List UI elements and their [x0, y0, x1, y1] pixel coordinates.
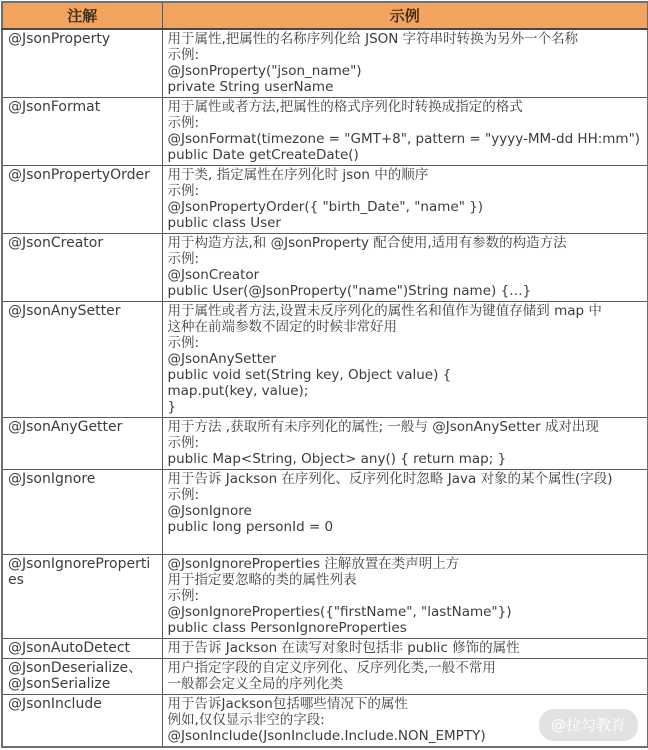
- table-row: @JsonDeserialize、@JsonSerialize用户指定字段的自定…: [2, 659, 648, 695]
- example-line: public class PersonIgnoreProperties: [168, 620, 643, 636]
- table-row: @JsonIgnore用于告诉 Jackson 在序列化、反序列化时忽略 Jav…: [2, 470, 648, 555]
- annotation-cell: @JsonPropertyOrder: [2, 166, 162, 234]
- annotation-line: @JsonAutoDetect: [8, 640, 157, 656]
- example-line: @JsonAnySetter: [168, 351, 643, 367]
- example-line: 用于构造方法,和 @JsonProperty 配合使用,适用有参数的构造方法: [168, 235, 643, 251]
- example-line: 例如,仅仅显示非空的字段:: [168, 712, 643, 728]
- example-line: @JsonIgnoreProperties({"firstName", "las…: [168, 604, 643, 620]
- example-line: 一般都会定义全局的序列化类: [168, 676, 643, 692]
- annotation-line: @JsonAnyGetter: [8, 419, 157, 435]
- table-row: @JsonFormat用于属性或者方法,把属性的格式序列化时转换成指定的格式示例…: [2, 98, 648, 166]
- example-line: 用于告诉 Jackson 在序列化、反序列化时忽略 Java 对象的某个属性(字…: [168, 471, 643, 487]
- annotation-line: @JsonSerialize: [8, 676, 157, 692]
- annotation-cell: @JsonInclude: [2, 695, 162, 748]
- table-header-row: 注解 示例: [2, 2, 648, 29]
- example-cell: @JsonIgnoreProperties 注解放置在类声明上方用于指定要忽略的…: [162, 555, 648, 639]
- example-line: public Date getCreateDate(): [168, 147, 643, 163]
- example-line: 用于告诉 Jackson 在读写对象时包括非 public 修饰的属性: [168, 640, 643, 656]
- annotation-line: @JsonProperty: [8, 31, 157, 47]
- annotation-cell: @JsonDeserialize、@JsonSerialize: [2, 659, 162, 695]
- example-line: @JsonCreator: [168, 267, 643, 283]
- annotation-line: @JsonIgnoreProperties: [8, 556, 157, 588]
- example-line: @JsonProperty("json_name"): [168, 63, 643, 79]
- annotation-line: @JsonInclude: [8, 696, 157, 712]
- annotation-line: @JsonPropertyOrder: [8, 167, 157, 183]
- example-line: 用户指定字段的自定义序列化、反序列化类,一般不常用: [168, 660, 643, 676]
- annotation-cell: @JsonIgnore: [2, 470, 162, 555]
- annotation-line: @JsonDeserialize、: [8, 660, 157, 676]
- example-line: 这种在前端参数不固定的时候非常好用: [168, 319, 643, 335]
- example-line: 用于属性或者方法,设置未反序列化的属性名和值作为键值存储到 map 中: [168, 303, 643, 319]
- example-line: public class User: [168, 215, 643, 231]
- example-line: 用于类, 指定属性在序列化时 json 中的顺序: [168, 167, 643, 183]
- table-row: @JsonAnySetter用于属性或者方法,设置未反序列化的属性名和值作为键值…: [2, 302, 648, 418]
- table-row: @JsonPropertyOrder用于类, 指定属性在序列化时 json 中的…: [2, 166, 648, 234]
- annotation-cell: @JsonIgnoreProperties: [2, 555, 162, 639]
- example-line: 示例:: [168, 47, 643, 63]
- example-cell: 用于构造方法,和 @JsonProperty 配合使用,适用有参数的构造方法示例…: [162, 234, 648, 302]
- example-cell: 用于属性或者方法,把属性的格式序列化时转换成指定的格式示例:@JsonForma…: [162, 98, 648, 166]
- example-line: 示例:: [168, 435, 643, 451]
- annotation-line: @JsonIgnore: [8, 471, 157, 487]
- example-line: 示例:: [168, 251, 643, 267]
- example-line: public long personId = 0: [168, 519, 643, 535]
- example-line: 用于属性或者方法,把属性的格式序列化时转换成指定的格式: [168, 99, 643, 115]
- annotation-line: @JsonAnySetter: [8, 303, 157, 319]
- example-cell: 用于类, 指定属性在序列化时 json 中的顺序示例:@JsonProperty…: [162, 166, 648, 234]
- example-cell: 用于告诉 Jackson 在序列化、反序列化时忽略 Java 对象的某个属性(字…: [162, 470, 648, 555]
- example-line: @JsonIgnore: [168, 503, 643, 519]
- example-line: 用于属性,把属性的名称序列化给 JSON 字符串时转换为另外一个名称: [168, 31, 643, 47]
- annotation-cell: @JsonAutoDetect: [2, 639, 162, 659]
- example-line: @JsonIgnoreProperties 注解放置在类声明上方: [168, 556, 643, 572]
- table-row: @JsonAnyGetter用于方法 ,获取所有未序列化的属性; 一般与 @Js…: [2, 418, 648, 470]
- example-line: @JsonInclude(JsonInclude.Include.NON_EMP…: [168, 728, 643, 744]
- table-row: @JsonAutoDetect用于告诉 Jackson 在读写对象时包括非 pu…: [2, 639, 648, 659]
- annotation-cell: @JsonAnyGetter: [2, 418, 162, 470]
- annotation-cell: @JsonAnySetter: [2, 302, 162, 418]
- example-line: 用于指定要忽略的类的属性列表: [168, 572, 643, 588]
- example-line: 示例:: [168, 487, 643, 503]
- table-row: @JsonInclude用于告诉Jackson包括哪些情况下的属性例如,仅仅显示…: [2, 695, 648, 748]
- example-line: 示例:: [168, 588, 643, 604]
- example-line: 示例:: [168, 335, 643, 351]
- example-cell: 用于属性或者方法,设置未反序列化的属性名和值作为键值存储到 map 中这种在前端…: [162, 302, 648, 418]
- example-line: 示例:: [168, 183, 643, 199]
- annotation-cell: @JsonCreator: [2, 234, 162, 302]
- example-line: 用于告诉Jackson包括哪些情况下的属性: [168, 696, 643, 712]
- table-row: @JsonCreator用于构造方法,和 @JsonProperty 配合使用,…: [2, 234, 648, 302]
- table-row: @JsonIgnoreProperties@JsonIgnoreProperti…: [2, 555, 648, 639]
- example-line: @JsonFormat(timezone = "GMT+8", pattern …: [168, 131, 643, 147]
- example-line: public Map<String, Object> any() { retur…: [168, 451, 643, 467]
- annotation-line: @JsonCreator: [8, 235, 157, 251]
- header-annotation-column: 注解: [2, 2, 162, 29]
- example-line: public User(@JsonProperty("name")String …: [168, 283, 643, 299]
- example-cell: 用户指定字段的自定义序列化、反序列化类,一般不常用一般都会定义全局的序列化类: [162, 659, 648, 695]
- example-cell: 用于方法 ,获取所有未序列化的属性; 一般与 @JsonAnySetter 成对…: [162, 418, 648, 470]
- example-line: 示例:: [168, 115, 643, 131]
- example-line: @JsonPropertyOrder({ "birth_Date", "name…: [168, 199, 643, 215]
- example-line: map.put(key, value);: [168, 383, 643, 399]
- example-cell: 用于告诉 Jackson 在读写对象时包括非 public 修饰的属性: [162, 639, 648, 659]
- table-body: @JsonProperty用于属性,把属性的名称序列化给 JSON 字符串时转换…: [2, 29, 648, 747]
- annotation-line: @JsonFormat: [8, 99, 157, 115]
- example-line: public void set(String key, Object value…: [168, 367, 643, 383]
- example-line: }: [168, 399, 643, 415]
- annotation-cell: @JsonFormat: [2, 98, 162, 166]
- example-line: 用于方法 ,获取所有未序列化的属性; 一般与 @JsonAnySetter 成对…: [168, 419, 643, 435]
- header-example-column: 示例: [162, 2, 648, 29]
- jackson-annotations-table: 注解 示例 @JsonProperty用于属性,把属性的名称序列化给 JSON …: [1, 1, 648, 748]
- table-row: @JsonProperty用于属性,把属性的名称序列化给 JSON 字符串时转换…: [2, 29, 648, 98]
- example-cell: 用于告诉Jackson包括哪些情况下的属性例如,仅仅显示非空的字段:@JsonI…: [162, 695, 648, 748]
- annotation-cell: @JsonProperty: [2, 29, 162, 98]
- example-line: private String userName: [168, 79, 643, 95]
- example-cell: 用于属性,把属性的名称序列化给 JSON 字符串时转换为另外一个名称示例:@Js…: [162, 29, 648, 98]
